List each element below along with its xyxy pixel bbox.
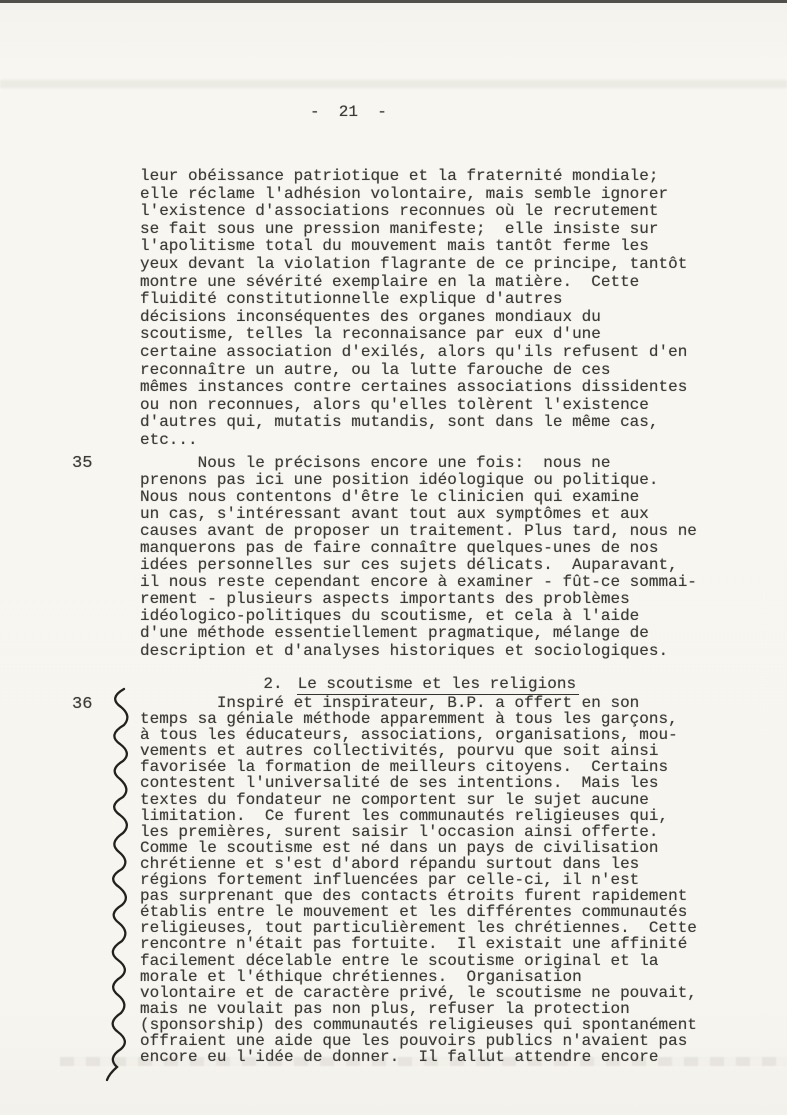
text-line: l'apolitisme total du mouvement mais tan… xyxy=(140,238,687,256)
text-line: reconnaître un autre, ou la lutte farouc… xyxy=(140,362,687,380)
text-line: mêmes instances contre certaines associa… xyxy=(140,379,687,397)
section-heading-number: 2. xyxy=(263,675,282,693)
text-line: établis entre le mouvement et les différ… xyxy=(140,904,697,920)
text-line: causes avant de proposer un traitement. … xyxy=(140,523,697,540)
margin-number-35: 35 xyxy=(72,454,92,473)
scan-artifact-top-edge xyxy=(0,0,787,3)
text-line: montre une sévérité exemplaire en la mat… xyxy=(140,274,687,292)
page-number: - 21 - xyxy=(310,103,387,121)
text-line: chrétienne et s'est d'abord répandu surt… xyxy=(140,856,697,872)
text-line: Comme le scoutisme est né dans un pays d… xyxy=(140,840,697,856)
text-line: l'existence d'associations reconnues où … xyxy=(140,203,687,221)
paragraph-continuation: leur obéissance patriotique et la frater… xyxy=(140,168,687,450)
paragraph-35: Nous le précisons encore une fois: nous … xyxy=(140,455,697,660)
scan-artifact-streak xyxy=(0,80,787,88)
margin-number-36: 36 xyxy=(72,695,92,714)
text-line: ou non reconnues, alors qu'elles tolèren… xyxy=(140,397,687,415)
text-line: textes du fondateur ne comportent sur le… xyxy=(140,792,697,808)
text-line: idéologico-politiques du scoutisme, et c… xyxy=(140,608,697,625)
scanned-document-page: - 21 - leur obéissance patriotique et la… xyxy=(0,0,787,1115)
text-line: décisions inconséquentes des organes mon… xyxy=(140,309,687,327)
text-line: rement - plusieurs aspects importants de… xyxy=(140,591,697,608)
text-line: d'une méthode essentiellement pragmatiqu… xyxy=(140,625,697,642)
text-line: encore eu l'idée de donner. Il fallut at… xyxy=(140,1049,697,1065)
text-line: leur obéissance patriotique et la frater… xyxy=(140,168,687,186)
text-line: etc... xyxy=(140,432,687,450)
text-line: religieuses, tout particulièrement les c… xyxy=(140,920,697,936)
text-line: temps sa géniale méthode apparemment à t… xyxy=(140,711,697,727)
text-line: fluidité constitutionnelle explique d'au… xyxy=(140,291,687,309)
text-line: Nous le précisons encore une fois: nous … xyxy=(140,455,697,472)
text-line: se fait sous une pression manifeste; ell… xyxy=(140,221,687,239)
text-line: d'autres qui, mutatis mutandis, sont dan… xyxy=(140,414,687,432)
text-line: Inspiré et inspirateur, B.P. a offert en… xyxy=(140,695,697,711)
text-line: prenons pas ici une position idéologique… xyxy=(140,472,697,489)
paragraph-36: Inspiré et inspirateur, B.P. a offert en… xyxy=(140,695,697,1065)
text-line: à tous les éducateurs, associations, org… xyxy=(140,727,697,743)
text-line: un cas, s'intéressant avant tout aux sym… xyxy=(140,506,697,523)
text-line: rencontre n'était pas fortuite. Il exist… xyxy=(140,936,697,952)
text-line: facilement décelable entre le scoutisme … xyxy=(140,953,697,969)
text-line: pas surprenant que des contacts étroits … xyxy=(140,888,697,904)
section-heading-title: Le scoutisme et les religions xyxy=(297,675,579,695)
text-line: vements et autres collectivités, pourvu … xyxy=(140,743,697,759)
text-line: certaine association d'exilés, alors qu'… xyxy=(140,344,687,362)
text-line: mais ne voulait pas non plus, refuser la… xyxy=(140,1001,697,1017)
text-line: (sponsorship) des communautés religieuse… xyxy=(140,1017,697,1033)
text-line: offraient une aide que les pouvoirs publ… xyxy=(140,1033,697,1049)
text-line: Nous nous contentons d'être le clinicien… xyxy=(140,489,697,506)
text-line: il nous reste cependant encore à examine… xyxy=(140,574,697,591)
text-line: idées personnelles sur ces sujets délica… xyxy=(140,557,697,574)
text-line: limitation. Ce furent les communautés re… xyxy=(140,808,697,824)
text-line: manquerons pas de faire connaître quelqu… xyxy=(140,540,697,557)
text-line: favorisée la formation de meilleurs cito… xyxy=(140,759,697,775)
text-line: morale et l'éthique chrétiennes. Organis… xyxy=(140,969,697,985)
margin-squiggle-annotation xyxy=(98,686,144,1082)
text-line: volontaire et de caractère privé, le sco… xyxy=(140,985,697,1001)
text-line: scoutisme, telles la reconnaisance par e… xyxy=(140,326,687,344)
text-line: les premières, surent saisir l'occasion … xyxy=(140,824,697,840)
text-line: régions fortement influencées par celle-… xyxy=(140,872,697,888)
text-line: elle réclame l'adhésion volontaire, mais… xyxy=(140,186,687,204)
text-line: contestent l'universalité de ses intenti… xyxy=(140,775,697,791)
text-line: yeux devant la violation flagrante de ce… xyxy=(140,256,687,274)
